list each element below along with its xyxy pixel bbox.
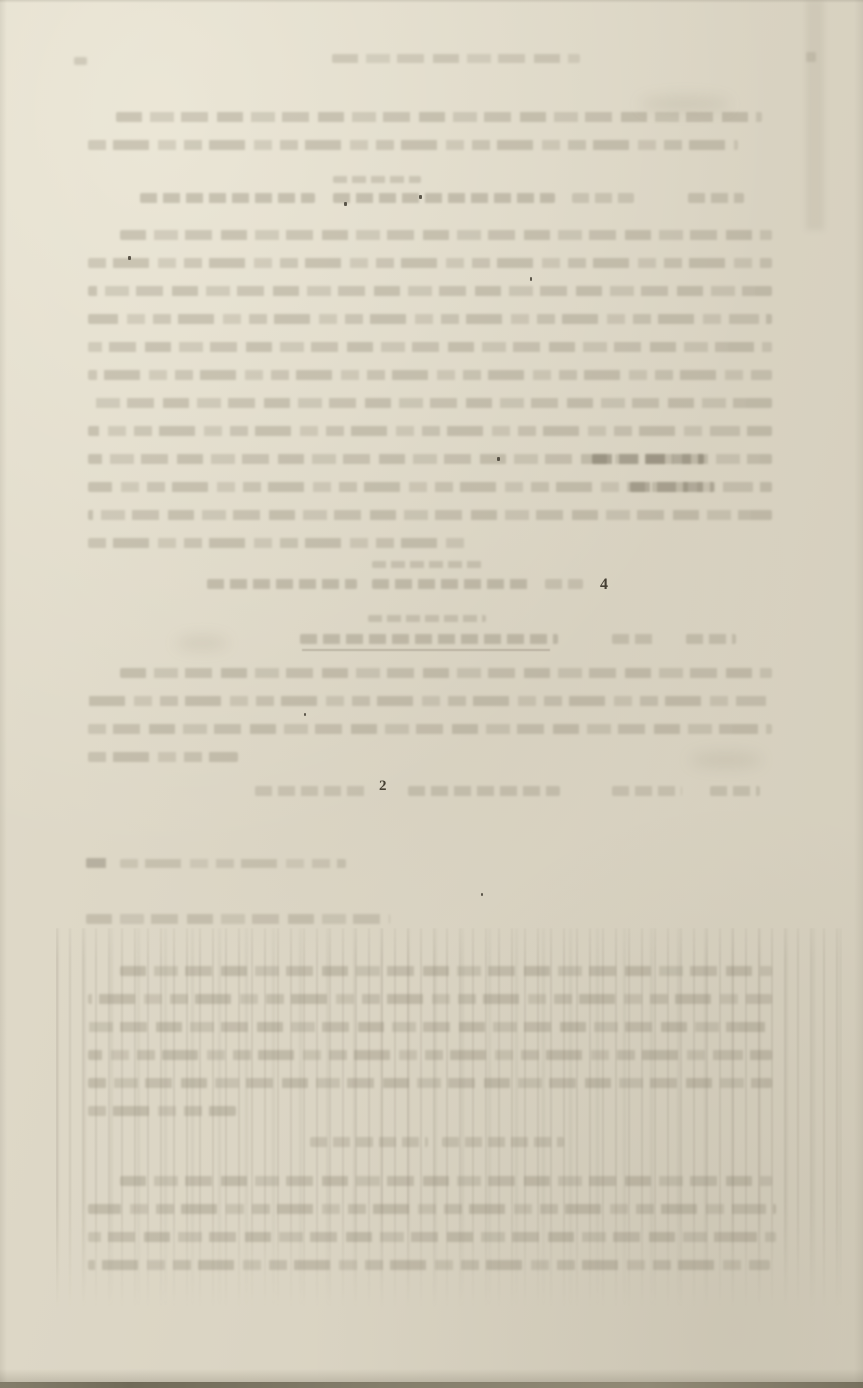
- page-left-edge-shade: [0, 0, 7, 1388]
- illegible-text-line: [88, 752, 238, 762]
- running-title-faint: [332, 54, 580, 63]
- scan-bottom-edge: [0, 1382, 863, 1388]
- page-right-edge-shade: [854, 0, 863, 1388]
- illegible-text-line: [120, 668, 772, 678]
- header-left-page-number-mark: [74, 57, 87, 65]
- formula-segment: [140, 193, 315, 203]
- formula-segment: [612, 786, 682, 796]
- formula-segment: [207, 579, 357, 589]
- scanner-stripe-artifact: [56, 928, 842, 1308]
- formula-segment: [372, 579, 530, 589]
- ink-speck: [530, 277, 532, 281]
- formula-segment: [255, 786, 367, 796]
- paper-stain: [640, 96, 730, 112]
- darker-ink-cluster: [630, 482, 714, 492]
- formula-segment: [333, 193, 555, 203]
- ink-speck: [344, 202, 347, 206]
- page-bottom-fade: [0, 1369, 863, 1383]
- ink-speck: [128, 256, 131, 260]
- formula-caption-faint: [368, 615, 486, 622]
- equation-number-faint: [710, 786, 760, 796]
- illegible-text-line: [88, 426, 772, 436]
- illegible-text-line: [88, 510, 772, 520]
- illegible-text-line: [88, 342, 772, 352]
- paper-stain: [690, 752, 762, 768]
- equation-number-faint: [686, 634, 736, 644]
- scan-edge-band: [806, 0, 824, 230]
- fraction-bar-faint: [302, 649, 550, 651]
- ink-speck: [481, 893, 483, 896]
- section-heading-faint: [86, 914, 390, 924]
- ink-speck: [419, 195, 422, 199]
- footnote-text-faint: [120, 859, 346, 868]
- formula-digit-2: 2: [379, 778, 387, 794]
- illegible-text-line: [88, 398, 772, 408]
- formula-segment: [545, 579, 583, 589]
- formula-segment: [300, 634, 558, 644]
- formula-segment: [612, 634, 658, 644]
- scanned-page: 4 2: [0, 0, 863, 1388]
- formula-segment: [408, 786, 560, 796]
- formula-caption-faint: [333, 176, 421, 183]
- illegible-text-line: [88, 370, 772, 380]
- illegible-text-line: [88, 314, 772, 324]
- formula-caption-faint: [372, 561, 482, 568]
- darker-ink-cluster: [592, 454, 704, 464]
- illegible-text-line: [88, 538, 468, 548]
- illegible-text-line: [88, 140, 738, 150]
- page-top-edge-shade: [0, 0, 863, 3]
- formula-digit-4: 4: [600, 577, 608, 593]
- ink-speck: [497, 457, 500, 461]
- paper-stain: [176, 636, 228, 650]
- formula-segment: [572, 193, 634, 203]
- footnote-number-faint: [86, 858, 112, 868]
- illegible-text-line: [88, 696, 772, 706]
- illegible-text-line: [88, 286, 772, 296]
- ink-speck: [304, 713, 306, 716]
- illegible-text-line: [116, 112, 762, 122]
- equation-number-faint: [688, 193, 744, 203]
- illegible-text-line: [88, 258, 772, 268]
- illegible-text-line: [120, 230, 772, 240]
- illegible-text-line: [88, 724, 772, 734]
